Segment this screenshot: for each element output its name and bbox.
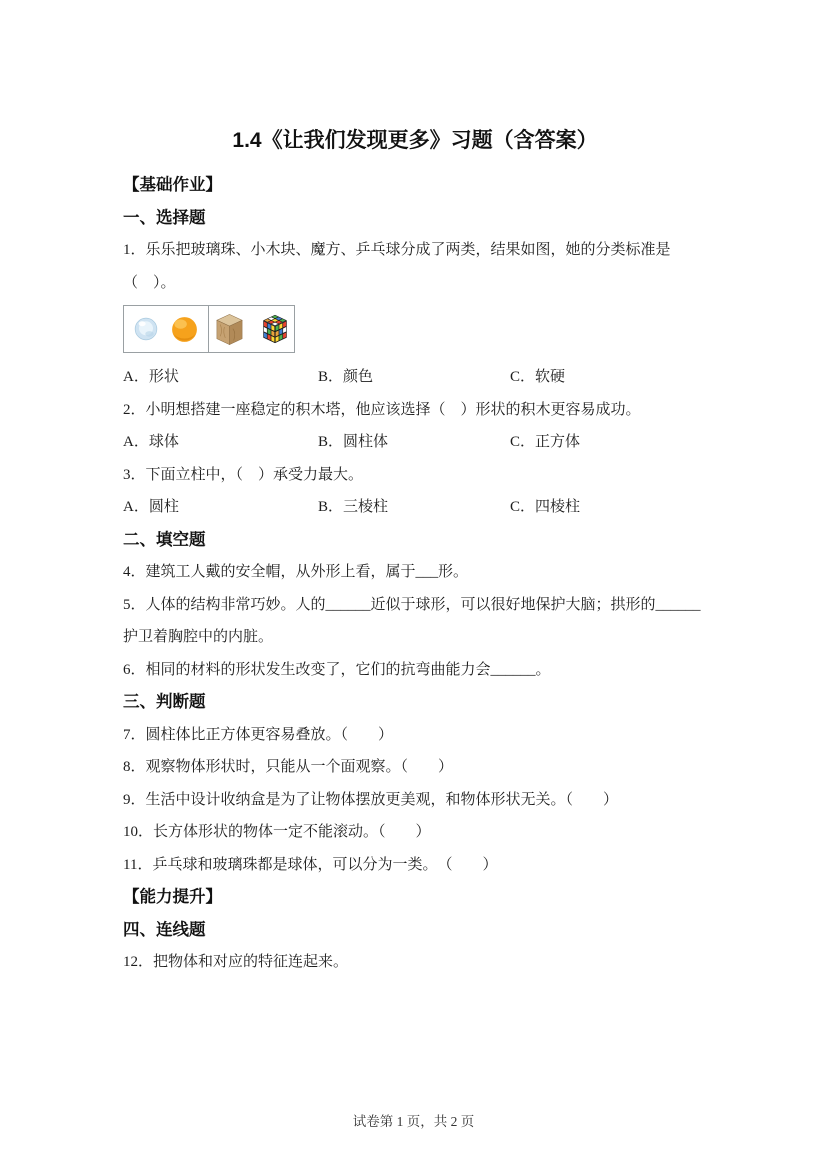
orange-ball-icon [169,314,200,345]
question-11-text: 11．乒乓球和玻璃珠都是球体，可以分为一类。 （ ） [123,849,707,882]
question-2-option-a: A．球体 [123,426,318,459]
question-3-option-b: B．三棱柱 [318,491,510,524]
classification-cell-square [209,306,294,352]
document-content: 1.4《让我们发现更多》习题（含答案） 【基础作业】 一、选择题 1．乐乐把玻璃… [123,0,707,979]
question-6-text: 6．相同的材料的形状发生改变了，它们的抗弯曲能力会______。 [123,654,707,687]
question-2-text: 2．小明想搭建一座稳定的积木塔，他应该选择（ ）形状的积木更容易成功。 [123,394,707,427]
question-3-text: 3．下面立柱中，（ ）承受力最大。 [123,459,707,492]
question-3-option-a: A．圆柱 [123,491,318,524]
question-3-option-c: C．四棱柱 [510,491,707,524]
section-header-matching: 四、连线题 [123,914,707,947]
section-header-multiple-choice: 一、选择题 [123,202,707,235]
question-1-option-b: B．颜色 [318,361,510,394]
question-2-option-b: B．圆柱体 [318,426,510,459]
question-10-text: 10．长方体形状的物体一定不能滚动。（ ） [123,816,707,849]
section-header-basic-homework: 【基础作业】 [123,169,707,202]
classification-cell-round [124,306,209,352]
section-header-fill-blank: 二、填空题 [123,524,707,557]
question-2-options: A．球体 B．圆柱体 C．正方体 [123,426,707,459]
question-5-text: 5．人体的结构非常巧妙。人的______近似于球形，可以很好地保护大脑；拱形的_… [123,589,707,654]
glass-bead-icon [132,315,160,343]
question-1-text: 1．乐乐把玻璃珠、小木块、魔方、乒乓球分成了两类，结果如图，她的分类标准是（ ）… [123,234,707,299]
section-header-true-false: 三、判断题 [123,686,707,719]
document-page: 1.4《让我们发现更多》习题（含答案） 【基础作业】 一、选择题 1．乐乐把玻璃… [0,0,827,1169]
question-4-text: 4．建筑工人戴的安全帽，从外形上看，属于___形。 [123,556,707,589]
classification-image [123,305,295,353]
wood-cube-icon [211,310,248,349]
page-title: 1.4《让我们发现更多》习题（含答案） [123,126,707,156]
page-footer: 试卷第 1 页，共 2 页 [0,1112,827,1132]
question-1-options: A．形状 B．颜色 C．软硬 [123,361,707,394]
question-9-text: 9．生活中设计收纳盒是为了让物体摆放更美观，和物体形状无关。（ ） [123,784,707,817]
question-7-text: 7．圆柱体比正方体更容易叠放。（ ） [123,719,707,752]
question-1-option-c: C．软硬 [510,361,707,394]
question-1-option-a: A．形状 [123,361,318,394]
rubiks-cube-icon [257,310,293,348]
question-8-text: 8．观察物体形状时，只能从一个面观察。（ ） [123,751,707,784]
question-2-option-c: C．正方体 [510,426,707,459]
section-header-ability: 【能力提升】 [123,881,707,914]
question-3-options: A．圆柱 B．三棱柱 C．四棱柱 [123,491,707,524]
question-12-text: 12．把物体和对应的特征连起来。 [123,946,707,979]
